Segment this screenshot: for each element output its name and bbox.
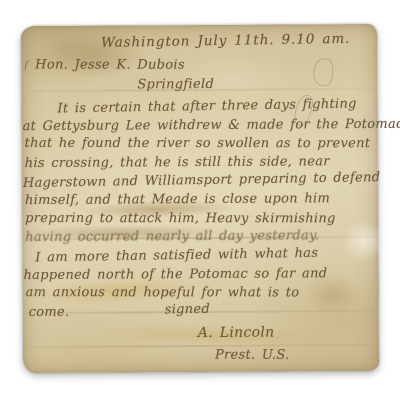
body-line: I am more than satisfied with what has bbox=[35, 246, 318, 266]
body-line: at Gettysburg Lee withdrew & made for th… bbox=[23, 117, 400, 134]
pencil-scribble-1 bbox=[313, 58, 333, 86]
light-patch-right-edge bbox=[342, 220, 384, 262]
body-line: Hagerstown and Williamsport preparing to… bbox=[23, 170, 381, 191]
letter-recipient: Hon. Jesse K. Dubois bbox=[35, 57, 185, 72]
body-line: his crossing, that he is still this side… bbox=[25, 154, 330, 171]
body-line: am anxious and hopeful for what is to bbox=[26, 285, 300, 300]
letter-paper: Washington July 11th. 9.10 am. Hon. Jess… bbox=[21, 24, 379, 373]
body-line: It is certain that after three days figh… bbox=[57, 96, 357, 116]
letter-place: Springfield bbox=[137, 77, 214, 92]
signed-label: signed bbox=[165, 302, 211, 318]
body-line: himself, and that Meade is close upon hi… bbox=[25, 191, 330, 208]
letter-dateline: Washington July 11th. 9.10 am. bbox=[101, 31, 351, 51]
body-line: that he found the river so swollen as to… bbox=[25, 136, 371, 151]
closing-word: come. bbox=[29, 305, 70, 320]
photo-canvas: Washington July 11th. 9.10 am. Hon. Jess… bbox=[0, 0, 400, 393]
body-line-faded: having occurred nearly all day yesterday… bbox=[25, 228, 319, 245]
body-line: happened north of the Potomac so far and bbox=[23, 266, 327, 283]
signature: A. Lincoln bbox=[198, 325, 275, 341]
body-line: preparing to attack him, Heavy skirmishi… bbox=[25, 211, 336, 226]
ink-flourish bbox=[24, 59, 36, 73]
signature-title: Prest. U.S. bbox=[215, 348, 290, 363]
crease-line-bottom bbox=[23, 344, 379, 348]
